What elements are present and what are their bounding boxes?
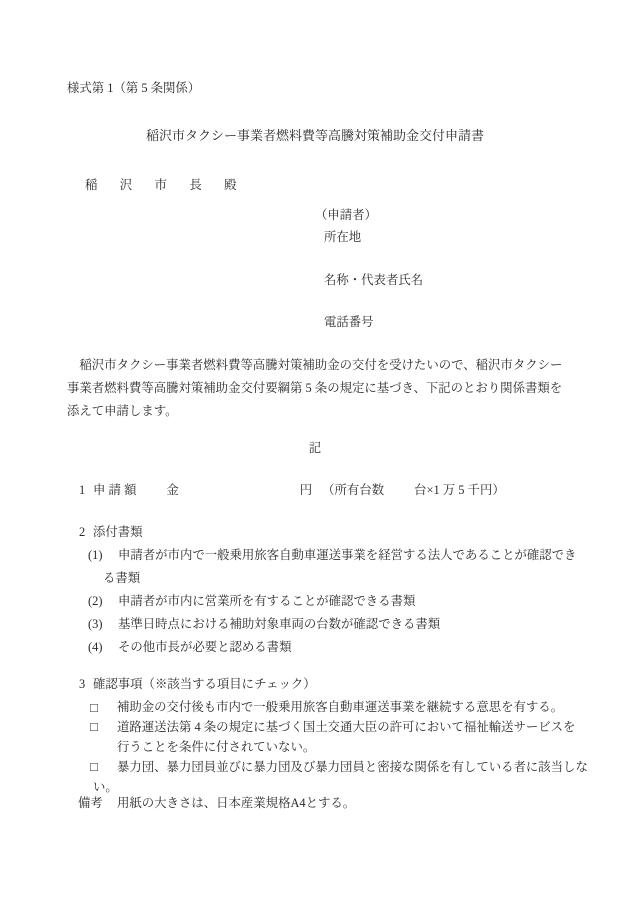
applicant-address-label: 所在地	[324, 226, 361, 249]
amount-note-open: （所有台数	[322, 479, 384, 502]
remarks-label: 備考	[78, 794, 117, 812]
record-marker: 記	[0, 437, 630, 460]
amount-label: 申 請 額	[93, 483, 136, 497]
applicant-name-label: 名称・代表者氏名	[324, 269, 423, 292]
confirmation-item-text: 補助金の交付後も市内で一般乗用旅客自動車運送事業を継続する意思を有する。	[117, 696, 563, 719]
confirmation-item-3: □ 暴力団、暴力団員並びに暴力団及び暴力団員と密接な関係を有している者に該当しな…	[90, 757, 588, 797]
applicant-label: （申請者）	[315, 204, 377, 227]
attachments-list: (1) 申請者が市内で一般乗用旅客自動車運送事業を経営する法人であることが確認で…	[88, 544, 576, 659]
confirmation-item-2: □ 道路運送法第 4 条の規定に基づく国土交通大臣の許可において福祉輸送サービス…	[90, 717, 575, 757]
attachment-item-text: 申請者が市内で一般乗用旅客自動車運送事業を経営する法人であることが確認でき る書…	[103, 544, 576, 590]
amount-currency-prefix: 金	[166, 479, 178, 502]
attachment-item-number: (2)	[88, 590, 118, 613]
application-form-page: 様式第 1（第 5 条関係） 稲沢市タクシー事業者燃料費等高騰対策補助金交付申請…	[0, 0, 630, 903]
attachment-item-2: (2) 申請者が市内に営業所を有することが確認できる書類	[88, 590, 576, 613]
confirmations-section-number: 3	[79, 673, 93, 696]
attachments-section-number: 2	[79, 521, 93, 544]
checkbox-icon: □	[90, 696, 117, 719]
confirmations-header: 3確認事項（※該当する項目にチェック）	[79, 673, 316, 696]
attachment-item-number: (3)	[88, 613, 118, 636]
attachment-item-1: (1) 申請者が市内で一般乗用旅客自動車運送事業を経営する法人であることが確認で…	[88, 544, 576, 590]
addressee-line: 稲 沢 市 長 殿	[85, 174, 242, 197]
confirmation-item-1: □ 補助金の交付後も市内で一般乗用旅客自動車運送事業を継続する意思を有する。	[90, 696, 563, 719]
applicant-phone-label: 電話番号	[324, 311, 374, 334]
remarks-line: 備考 用紙の大きさは、日本産業規格A4とする。	[78, 794, 355, 812]
confirmations-section-title: 確認事項（※該当する項目にチェック）	[93, 677, 316, 691]
attachment-item-number: (4)	[88, 636, 118, 659]
attachments-header: 2添付書類	[79, 521, 143, 544]
checkbox-icon: □	[90, 717, 117, 737]
confirmation-item-text: 道路運送法第 4 条の規定に基づく国土交通大臣の許可において福祉輸送サービスを …	[117, 717, 575, 757]
attachment-item-3: (3) 基準日時点における補助対象車両の台数が確認できる書類	[88, 613, 576, 636]
attachments-section-title: 添付書類	[93, 525, 143, 539]
attachment-item-text: 申請者が市内に営業所を有することが確認できる書類	[118, 590, 415, 613]
attachment-item-text: その他市長が必要と認める書類	[118, 636, 291, 659]
document-title: 稲沢市タクシー事業者燃料費等高騰対策補助金交付申請書	[0, 124, 630, 147]
form-number: 様式第 1（第 5 条関係）	[67, 77, 200, 100]
remarks-text: 用紙の大きさは、日本産業規格A4とする。	[117, 794, 355, 812]
amount-unit: 円	[300, 479, 312, 502]
attachment-item-4: (4) その他市長が必要と認める書類	[88, 636, 576, 659]
amount-note-close: 台×1 万 5 千円）	[414, 479, 505, 502]
body-paragraph: 稲沢市タクシー事業者燃料費等高騰対策補助金の交付を受けたいので、稲沢市タクシー …	[67, 354, 577, 423]
attachment-item-text: 基準日時点における補助対象車両の台数が確認できる書類	[118, 613, 440, 636]
amount-section-number: 1	[79, 479, 93, 502]
amount-section: 1申 請 額金円（所有台数台×1 万 5 千円）	[79, 479, 505, 502]
confirmation-item-text: 暴力団、暴力団員並びに暴力団及び暴力団員と密接な関係を有している者に該当しな い…	[93, 757, 588, 797]
